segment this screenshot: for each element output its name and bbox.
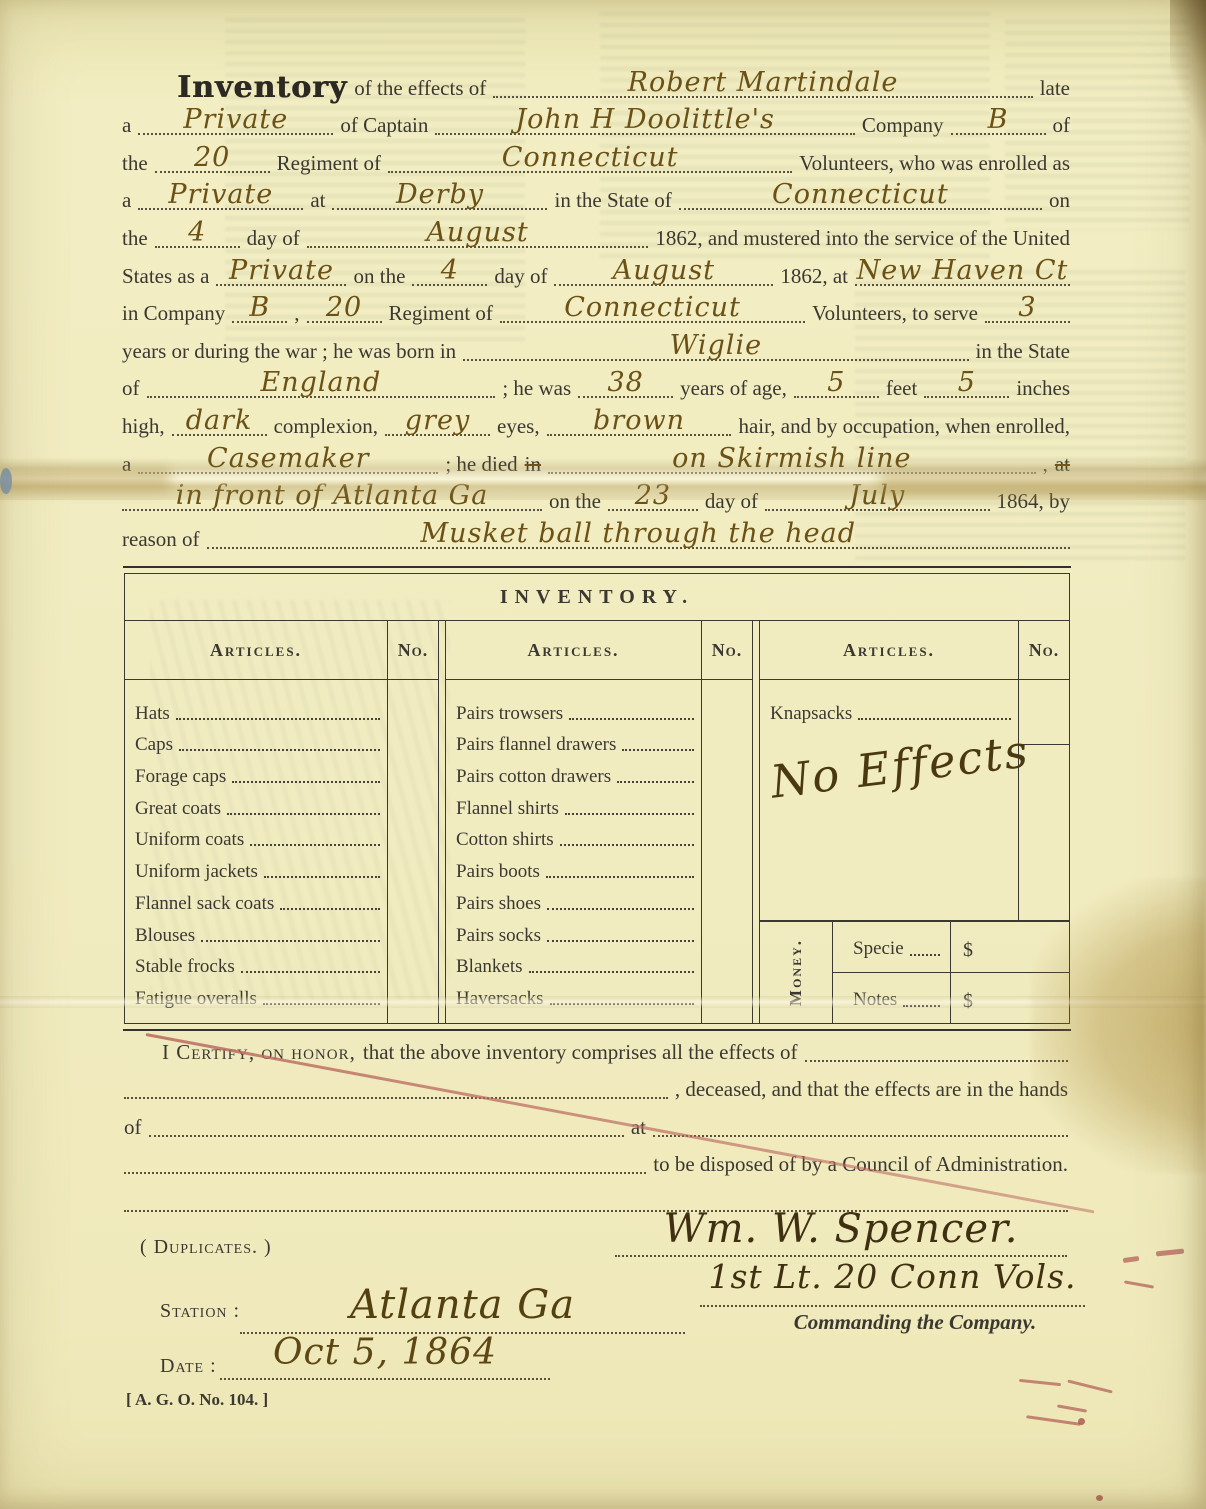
dotted-leader [176, 718, 380, 720]
text-segment: of the effects of [354, 76, 486, 106]
item-label: Pairs shoes [456, 893, 541, 915]
text-segment: Volunteers, who was enrolled as [799, 151, 1070, 181]
item-label: Pairs cotton drawers [456, 766, 611, 788]
handwritten-entry: New Haven Ct [855, 260, 1070, 286]
handwritten-entry: Wiglie [463, 335, 968, 361]
line-8: years or during the war ; he was born in… [122, 331, 1070, 369]
handwritten-entry: Musket ball through the head [207, 523, 1070, 549]
blank-line [149, 1135, 624, 1137]
inventory-item-row: Cotton shirts [456, 820, 694, 852]
text-segment: 1862, and mustered into the service of t… [655, 226, 1070, 256]
text-segment: 1862, at [780, 264, 848, 294]
handwritten-entry: 5 [924, 372, 1009, 398]
handwritten-entry: Private [138, 109, 333, 135]
dotted-leader [560, 844, 694, 846]
text-segment: a [122, 113, 131, 143]
text-segment: , [1043, 452, 1048, 482]
inventory-item-row: Pairs socks [456, 915, 694, 947]
articles-list-3: Knapsacks No Effects [760, 680, 1069, 921]
dotted-leader [547, 908, 694, 910]
text-segment: the [122, 226, 148, 256]
dotted-leader [547, 940, 694, 942]
text-segment: the [122, 151, 148, 181]
item-label: Pairs boots [456, 861, 540, 883]
text-segment: day of [494, 264, 547, 294]
handwritten-entry: 20 [155, 147, 270, 173]
text-segment: in the State of [554, 188, 671, 218]
text-segment: late [1040, 76, 1070, 106]
text-segment: at [310, 188, 325, 218]
item-label: Great coats [135, 798, 221, 820]
text-segment: day of [247, 226, 300, 256]
handwritten-entry: England [147, 372, 496, 398]
blank-line [124, 1097, 668, 1099]
text-segment: , [294, 301, 299, 331]
inventory-form-document: Inventoryof the effects ofRobert Martind… [0, 0, 1206, 1509]
line-3: the20Regiment ofConnecticutVolunteers, w… [122, 143, 1070, 181]
inventory-item-row: Flannel sack coats [135, 883, 380, 915]
inventory-item-row: Flannel shirts [456, 788, 694, 820]
line-6: States as aPrivateon the4day ofAugust186… [122, 256, 1070, 294]
articles-group-3: Articles. No. Knapsacks No Effects Money… [759, 621, 1069, 1023]
inventory-item-row: Pairs shoes [456, 883, 694, 915]
text-segment: Regiment of [389, 301, 493, 331]
dotted-leader [280, 908, 380, 910]
no-effects-note: No Effects [768, 724, 1032, 808]
item-label: Knapsacks [770, 703, 852, 725]
dotted-leader [263, 1003, 380, 1005]
signature-name-line: Wm. W. Spencer. [615, 1205, 1067, 1257]
dotted-leader [179, 749, 380, 751]
signature-name: Wm. W. Spencer. [664, 1206, 1019, 1252]
inventory-grid: Articles. No. HatsCapsForage capsGreat c… [125, 621, 1069, 1023]
money-row-notes: Notes $ [833, 972, 1069, 1023]
money-label: Money. [786, 939, 806, 1006]
date-label: Date : [160, 1355, 217, 1378]
dotted-leader [565, 813, 694, 815]
money-label-cell: Money. [760, 922, 833, 1023]
inventory-title: INVENTORY. [125, 574, 1069, 621]
inventory-item-row: Uniform jackets [135, 851, 380, 883]
inventory-item-row: Knapsacks [770, 693, 1011, 725]
money-row-label: Notes [833, 989, 897, 1023]
inventory-item-row: Forage caps [135, 756, 380, 788]
text-segment: complexion, [274, 414, 378, 444]
dotted-leader [858, 718, 1011, 720]
text-segment: years or during the war ; he was born in [122, 339, 456, 369]
handwritten-entry: 20 [307, 297, 382, 323]
signature-role: Commanding the Company. [770, 1310, 1060, 1335]
dotted-leader [569, 718, 694, 720]
text-segment: , deceased, and that the effects are in … [675, 1077, 1068, 1107]
articles-list-1: HatsCapsForage capsGreat coatsUniform co… [125, 680, 438, 1023]
handwritten-entry: in front of Atlanta Ga [122, 485, 542, 511]
text-segment: years of age, [680, 376, 787, 406]
handwritten-entry: on Skirmish line [548, 448, 1036, 474]
handwritten-entry: Connecticut [500, 297, 805, 323]
articles-header: Articles. [446, 621, 701, 679]
handwritten-entry: grey [385, 410, 490, 436]
handwritten-entry: Connecticut [388, 147, 792, 173]
dotted-leader [241, 971, 380, 973]
text-segment: on [1049, 188, 1070, 218]
text-segment: high, [122, 414, 165, 444]
articles-header: Articles. [760, 621, 1018, 679]
group3-header: Articles. No. [760, 621, 1069, 680]
text-segment: a [122, 452, 131, 482]
dotted-leader [910, 954, 940, 956]
articles-list-2: Pairs trowsersPairs flannel drawersPairs… [446, 680, 752, 1023]
station-label: Station : [160, 1300, 240, 1323]
text-segment: in [525, 452, 541, 482]
inventory-item-row: Hats [135, 693, 380, 725]
money-box: Money. Specie $ Notes $ [760, 921, 1069, 1023]
handwritten-entry: John H Doolittle's [435, 109, 854, 135]
handwritten-entry: B [232, 297, 287, 323]
item-label: Cotton shirts [456, 829, 554, 851]
line-10: high,darkcomplexion,greyeyes,brownhair, … [122, 406, 1070, 444]
certify-paragraph: I Certify, on honor,that the above inven… [124, 1032, 1068, 1220]
item-label: Uniform coats [135, 829, 244, 851]
station-line: Atlanta Ga [240, 1282, 685, 1334]
handwritten-entry: 23 [608, 485, 698, 511]
handwritten-entry: 5 [794, 372, 879, 398]
handwritten-entry: 3 [985, 297, 1070, 323]
text-segment: at [631, 1115, 646, 1145]
red-pencil-mark [1156, 1249, 1184, 1257]
text-segment: on the [353, 264, 405, 294]
dotted-leader [622, 749, 694, 751]
inventory-item-row: Blouses [135, 915, 380, 947]
inventory-item-row: Uniform coats [135, 820, 380, 852]
inventory-item-row: Great coats [135, 788, 380, 820]
date-line: Oct 5, 1864 [220, 1332, 550, 1380]
handwritten-entry: July [765, 485, 990, 511]
dotted-leader [227, 813, 380, 815]
item-label: Blankets [456, 956, 523, 978]
line-12: in front of Atlanta Gaon the23day ofJuly… [122, 482, 1070, 520]
dotted-leader [264, 876, 380, 878]
dotted-leader [232, 781, 380, 783]
text-segment: on the [549, 489, 601, 519]
text-segment: in Company [122, 301, 225, 331]
dotted-leader [617, 781, 694, 783]
line-9: ofEngland; he was38years of age,5feet5in… [122, 369, 1070, 407]
handwritten-entry: Connecticut [679, 184, 1042, 210]
item-label: Flannel sack coats [135, 893, 274, 915]
form-number: [ A. G. O. No. 104. ] [126, 1390, 268, 1410]
item-label: Caps [135, 734, 173, 756]
handwritten-entry: brown [547, 410, 732, 436]
handwritten-entry: 38 [578, 372, 673, 398]
money-rows: Specie $ Notes $ [833, 922, 1069, 1023]
handwritten-entry: Robert Martindale [493, 72, 1032, 98]
item-label: Blouses [135, 925, 195, 947]
no-column-divider [387, 680, 388, 1023]
articles-header: Articles. [125, 621, 387, 679]
red-pencil-mark [1123, 1256, 1140, 1263]
money-row-label: Specie [833, 938, 904, 972]
no-column-divider [1018, 680, 1019, 920]
blank-line [805, 1060, 1069, 1062]
handwritten-entry: Casemaker [138, 448, 438, 474]
signature-rank-line: 1st Lt. 20 Conn Vols. [700, 1257, 1085, 1307]
text-segment: ; he was [502, 376, 571, 406]
item-label: Hats [135, 703, 170, 725]
inventory-item-row: Pairs trowsers [456, 693, 694, 725]
blue-ink-spot [0, 468, 12, 494]
dollar-cell: $ [950, 973, 1069, 1023]
station-value: Atlanta Ga [350, 1282, 575, 1328]
item-label: Pairs trowsers [456, 703, 563, 725]
line-4: aPrivateatDerbyin the State ofConnecticu… [122, 181, 1070, 219]
inventory-item-row: Pairs cotton drawers [456, 756, 694, 788]
inventory-item-row: Caps [135, 725, 380, 757]
inventory-table: INVENTORY. Articles. No. HatsCapsForage … [124, 573, 1070, 1024]
text-segment: 1864, by [997, 489, 1071, 519]
cline-2: , deceased, and that the effects are in … [124, 1070, 1068, 1108]
text-segment: States as a [122, 264, 209, 294]
text-segment: Inventory [177, 70, 347, 106]
cline-3: ofat [124, 1107, 1068, 1145]
line-11: aCasemaker; he diedinon Skirmish line,at [122, 444, 1070, 482]
handwritten-entry: Private [216, 260, 346, 286]
inventory-item-row: Pairs flannel drawers [456, 725, 694, 757]
red-pencil-mark [1124, 1280, 1154, 1288]
no-header: No. [387, 621, 438, 679]
blank-line [124, 1172, 646, 1174]
text-segment: a [122, 188, 131, 218]
handwritten-entry: Private [138, 184, 303, 210]
text-segment: reason of [122, 527, 200, 557]
text-segment: eyes, [497, 414, 540, 444]
handwritten-entry: August [554, 260, 773, 286]
line-1: Inventoryof the effects ofRobert Martind… [122, 68, 1070, 106]
item-label: Flannel shirts [456, 798, 559, 820]
text-segment: feet [886, 376, 917, 406]
red-pencil-mark [1026, 1415, 1081, 1426]
item-label: Pairs flannel drawers [456, 734, 616, 756]
text-segment: day of [705, 489, 758, 519]
handwritten-entry: B [951, 109, 1046, 135]
articles-group-2: Articles. No. Pairs trowsersPairs flanne… [445, 621, 753, 1023]
handwritten-entry: August [307, 222, 649, 248]
dotted-leader [201, 940, 380, 942]
text-segment: of [124, 1115, 142, 1145]
inventory-item-row: Blankets [456, 947, 694, 979]
line-13: reason ofMusket ball through the head [122, 519, 1070, 557]
text-segment: of [122, 376, 140, 406]
inventory-item-row: Fatigue overalls [135, 978, 380, 1010]
item-label: Haversacks [456, 988, 544, 1010]
line-7: in CompanyB,20Regiment ofConnecticutVolu… [122, 294, 1070, 332]
inventory-item-row: Stable frocks [135, 947, 380, 979]
item-label: Stable frocks [135, 956, 235, 978]
text-segment: Volunteers, to serve [812, 301, 978, 331]
text-segment: of Captain [340, 113, 428, 143]
red-pencil-mark [1057, 1404, 1087, 1412]
dotted-leader [546, 876, 694, 878]
handwritten-entry: 4 [412, 260, 487, 286]
group1-header: Articles. No. [125, 621, 438, 680]
item-label: Fatigue overalls [135, 988, 257, 1010]
no-header: No. [701, 621, 752, 679]
cline-4: to be disposed of by a Council of Admini… [124, 1145, 1068, 1183]
dotted-leader [550, 1003, 694, 1005]
articles-group-1: Articles. No. HatsCapsForage capsGreat c… [125, 621, 439, 1023]
dotted-leader [903, 1005, 940, 1007]
text-segment: Company [862, 113, 944, 143]
text-segment: ; he died [445, 452, 517, 482]
duplicates-note: ( Duplicates. ) [140, 1236, 272, 1259]
text-segment: inches [1016, 376, 1070, 406]
red-pencil-mark [1067, 1379, 1112, 1393]
text-segment: Regiment of [277, 151, 381, 181]
item-label: Pairs socks [456, 925, 541, 947]
dollar-cell: $ [950, 922, 1069, 972]
text-segment: of [1053, 113, 1071, 143]
text-segment: in the State [976, 339, 1070, 369]
money-row-specie: Specie $ [833, 922, 1069, 972]
no-header: No. [1018, 621, 1069, 679]
inventory-item-row: Pairs boots [456, 851, 694, 883]
line-5: the4day ofAugust1862, and mustered into … [122, 218, 1070, 256]
dotted-leader [529, 971, 695, 973]
red-pencil-dot [1078, 1418, 1085, 1425]
handwritten-entry: dark [172, 410, 267, 436]
date-value: Oct 5, 1864 [273, 1332, 497, 1373]
group2-header: Articles. No. [446, 621, 752, 680]
no-column-divider [701, 680, 702, 1023]
handwritten-entry: Derby [332, 184, 547, 210]
inventory-item-row: Haversacks [456, 978, 694, 1010]
dotted-leader [250, 844, 380, 846]
text-segment: hair, and by occupation, when enrolled, [738, 414, 1070, 444]
item-label: Uniform jackets [135, 861, 258, 883]
signature-rank: 1st Lt. 20 Conn Vols. [708, 1257, 1076, 1296]
text-segment: that the above inventory comprises all t… [363, 1040, 798, 1070]
red-pencil-dot [1096, 1495, 1103, 1501]
item-label: Forage caps [135, 766, 226, 788]
red-pencil-mark [1019, 1379, 1061, 1386]
cline-1: I Certify, on honor,that the above inven… [124, 1032, 1068, 1070]
enlistment-paragraph: Inventoryof the effects ofRobert Martind… [122, 68, 1070, 557]
blank-line [653, 1135, 1068, 1137]
line-2: aPrivateof CaptainJohn H Doolittle'sComp… [122, 106, 1070, 144]
handwritten-entry: 4 [155, 222, 240, 248]
text-segment: at [1055, 452, 1070, 482]
